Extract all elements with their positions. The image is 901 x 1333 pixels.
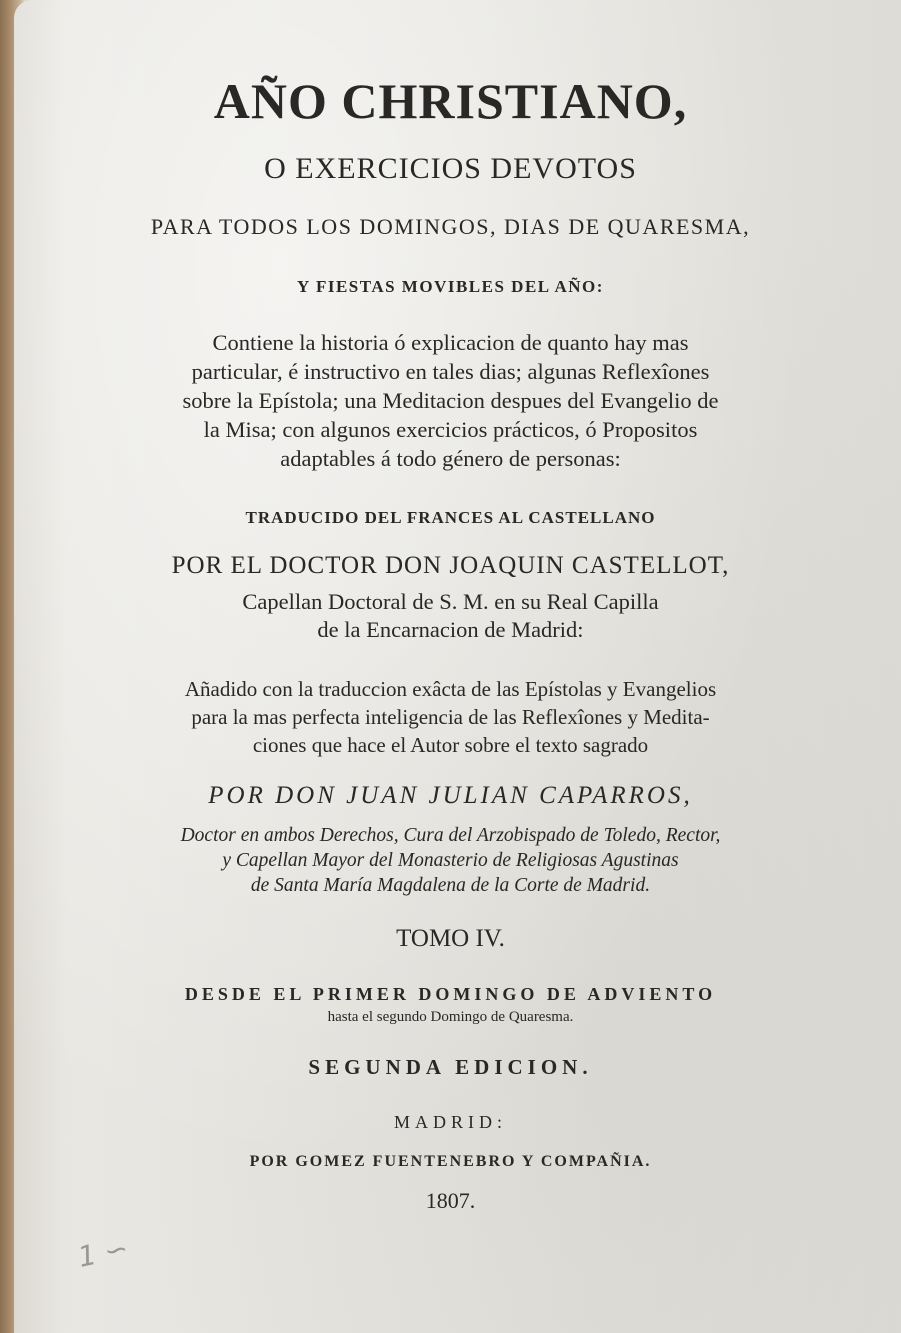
description-line: Contiene la historia ó explicacion de qu…: [0, 328, 901, 357]
volume-number: TOMO IV.: [0, 925, 901, 953]
publication-place: MADRID:: [0, 1112, 901, 1133]
subtitle-3: Y FIESTAS MOVIBLES DEL AÑO:: [0, 277, 901, 297]
addition-line: Añadido con la traduccion exâcta de las …: [0, 675, 901, 703]
printer: POR GOMEZ FUENTENEBRO Y COMPAÑIA.: [0, 1153, 901, 1171]
subtitle-2: PARA TODOS LOS DOMINGOS, DIAS DE QUARESM…: [0, 214, 901, 240]
description-line: la Misa; con algunos exercicios práctico…: [0, 415, 901, 444]
title-page-paper: [14, 0, 901, 1333]
addition-line: ciones que hace el Autor sobre el texto …: [0, 731, 901, 759]
translator-title: Capellan Doctoral de S. M. en su Real Ca…: [0, 588, 901, 644]
editor-name: POR DON JUAN JULIAN CAPARROS,: [0, 782, 901, 810]
translator-title-line: Capellan Doctoral de S. M. en su Real Ca…: [0, 588, 901, 616]
editor-title-line: de Santa María Magdalena de la Corte de …: [0, 873, 901, 898]
subtitle-1: O EXERCICIOS DEVOTOS: [0, 152, 901, 186]
translator-title-line: de la Encarnacion de Madrid:: [0, 616, 901, 644]
volume-range-sub: hasta el segundo Domingo de Quaresma.: [0, 1009, 901, 1026]
editor-title: Doctor en ambos Derechos, Cura del Arzob…: [0, 823, 901, 898]
edition: SEGUNDA EDICION.: [0, 1055, 901, 1080]
volume-range: DESDE EL PRIMER DOMINGO DE ADVIENTO: [0, 984, 901, 1005]
description-paragraph: Contiene la historia ó explicacion de qu…: [0, 328, 901, 473]
description-line: sobre la Epístola; una Meditacion despue…: [0, 386, 901, 415]
book-title: AÑO CHRISTIANO,: [0, 72, 901, 130]
editor-title-line: Doctor en ambos Derechos, Cura del Arzob…: [0, 823, 901, 848]
translator-name: POR EL DOCTOR DON JOAQUIN CASTELLOT,: [0, 552, 901, 580]
description-line: particular, é instructivo en tales dias;…: [0, 357, 901, 386]
addition-paragraph: Añadido con la traduccion exâcta de las …: [0, 675, 901, 759]
addition-line: para la mas perfecta inteligencia de las…: [0, 703, 901, 731]
description-line: adaptables á todo género de personas:: [0, 444, 901, 473]
translation-note: TRADUCIDO DEL FRANCES AL CASTELLANO: [0, 508, 901, 528]
publication-year: 1807.: [0, 1188, 901, 1214]
editor-title-line: y Capellan Mayor del Monasterio de Relig…: [0, 848, 901, 873]
